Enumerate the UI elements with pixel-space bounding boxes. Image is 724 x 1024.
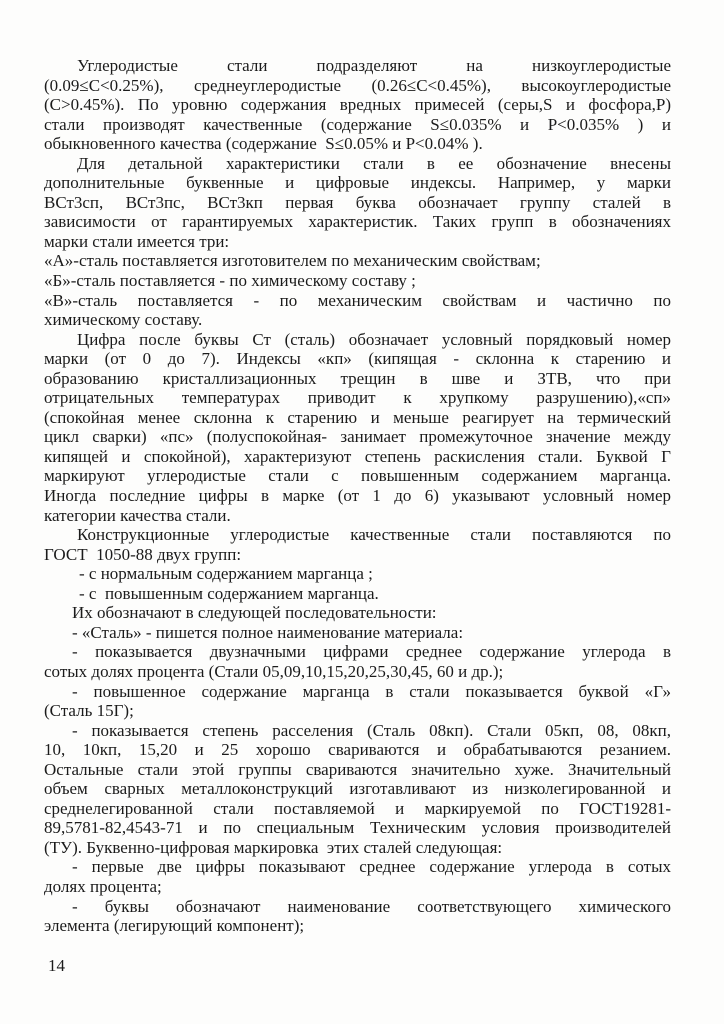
text-line: (ТУ). Буквенно-цифровая маркировка этих … bbox=[44, 838, 671, 858]
paragraph: - показывается двузначными цифрами средн… bbox=[44, 642, 671, 681]
text-line: долях процента; bbox=[44, 877, 671, 897]
text-line: Иногда последние цифры в марке (от 1 до … bbox=[44, 486, 671, 506]
paragraph: - «Сталь» - пишется полное наименование … bbox=[44, 623, 671, 643]
text-line: обыкновенного качества (содержание S≤0.0… bbox=[44, 134, 671, 154]
text-line: Для детальной характеристики стали в ее … bbox=[44, 154, 671, 174]
paragraph: - первые две цифры показывают среднее со… bbox=[44, 857, 671, 896]
text-line: 10, 10кп, 15,20 и 25 хорошо свариваются … bbox=[44, 740, 671, 760]
text-line: цикл сварки) «пс» (полуспокойная- занима… bbox=[44, 427, 671, 447]
paragraph: Конструкционные углеродистые качественны… bbox=[44, 525, 671, 564]
document-text-block: Углеродистые стали подразделяют на низко… bbox=[44, 56, 671, 936]
text-line: - показывается степень расселения (Сталь… bbox=[44, 721, 671, 741]
text-line: категории качества стали. bbox=[44, 506, 671, 526]
paragraph: «А»-сталь поставляется изготовителем по … bbox=[44, 251, 671, 271]
document-page: Углеродистые стали подразделяют на низко… bbox=[0, 0, 724, 1024]
paragraph: - с нормальным содержанием марганца ; bbox=[44, 564, 671, 584]
paragraph: Углеродистые стали подразделяют на низко… bbox=[44, 56, 671, 154]
text-line: химическому составу. bbox=[44, 310, 671, 330]
text-line: дополнительные буквенные и цифровые инде… bbox=[44, 173, 671, 193]
text-line: стали производят качественные (содержани… bbox=[44, 115, 671, 135]
text-line: среднелегированной стали поставляемой и … bbox=[44, 799, 671, 819]
text-line: (C>0.45%). По уровню содержания вредных … bbox=[44, 95, 671, 115]
paragraph: Для детальной характеристики стали в ее … bbox=[44, 154, 671, 252]
text-line: (спокойная менее склонна к старению и ме… bbox=[44, 408, 671, 428]
text-line: «А»-сталь поставляется изготовителем по … bbox=[44, 251, 671, 271]
paragraph: - показывается степень расселения (Сталь… bbox=[44, 721, 671, 858]
text-line: ВСт3сп, ВСт3пс, ВСт3кп первая буква обоз… bbox=[44, 193, 671, 213]
text-line: Их обозначают в следующей последовательн… bbox=[44, 603, 671, 623]
paragraph: «Б»-сталь поставляется - по химическому … bbox=[44, 271, 671, 291]
text-line: 89,5781-82,4543-71 и по специальным Техн… bbox=[44, 818, 671, 838]
text-line: кипящей и спокойной), характеризуют степ… bbox=[44, 447, 671, 467]
text-line: - с повышенным содержанием марганца. bbox=[44, 584, 671, 604]
text-line: «В»-сталь поставляется - по механическим… bbox=[44, 291, 671, 311]
text-line: сотых долях процента (Стали 05,09,10,15,… bbox=[44, 662, 671, 682]
paragraph: «В»-сталь поставляется - по механическим… bbox=[44, 291, 671, 330]
paragraph: - с повышенным содержанием марганца. bbox=[44, 584, 671, 604]
paragraph: Цифра после буквы Ст (сталь) обозначает … bbox=[44, 330, 671, 525]
text-line: (0.09≤C<0.25%), среднеуглеродистые (0.26… bbox=[44, 76, 671, 96]
text-line: Цифра после буквы Ст (сталь) обозначает … bbox=[44, 330, 671, 350]
text-line: объем сварных металлоконструкций изготав… bbox=[44, 779, 671, 799]
text-line: - повышенное содержание марганца в стали… bbox=[44, 682, 671, 702]
text-line: марки стали имеется три: bbox=[44, 232, 671, 252]
text-line: образованию кристаллизационных трещин в … bbox=[44, 369, 671, 389]
text-line: ГОСТ 1050-88 двух групп: bbox=[44, 545, 671, 565]
text-line: марки (от 0 до 7). Индексы «кп» (кипящая… bbox=[44, 349, 671, 369]
text-line: маркируют углеродистые стали с повышенны… bbox=[44, 466, 671, 486]
text-line: - буквы обозначают наименование соответс… bbox=[44, 897, 671, 917]
paragraph: Их обозначают в следующей последовательн… bbox=[44, 603, 671, 623]
paragraph: - повышенное содержание марганца в стали… bbox=[44, 682, 671, 721]
text-line: Углеродистые стали подразделяют на низко… bbox=[44, 56, 671, 76]
text-line: элемента (легирующий компонент); bbox=[44, 916, 671, 936]
paragraph: - буквы обозначают наименование соответс… bbox=[44, 897, 671, 936]
text-line: - первые две цифры показывают среднее со… bbox=[44, 857, 671, 877]
text-line: Конструкционные углеродистые качественны… bbox=[44, 525, 671, 545]
text-line: «Б»-сталь поставляется - по химическому … bbox=[44, 271, 671, 291]
text-line: - «Сталь» - пишется полное наименование … bbox=[44, 623, 671, 643]
text-line: - показывается двузначными цифрами средн… bbox=[44, 642, 671, 662]
text-line: Остальные стали этой группы свариваются … bbox=[44, 760, 671, 780]
text-line: (Сталь 15Г); bbox=[44, 701, 671, 721]
text-line: отрицательных температурах приводит к хр… bbox=[44, 388, 671, 408]
text-line: - с нормальным содержанием марганца ; bbox=[44, 564, 671, 584]
text-line: зависимости от гарантируемых характерист… bbox=[44, 212, 671, 232]
page-number: 14 bbox=[48, 956, 65, 976]
